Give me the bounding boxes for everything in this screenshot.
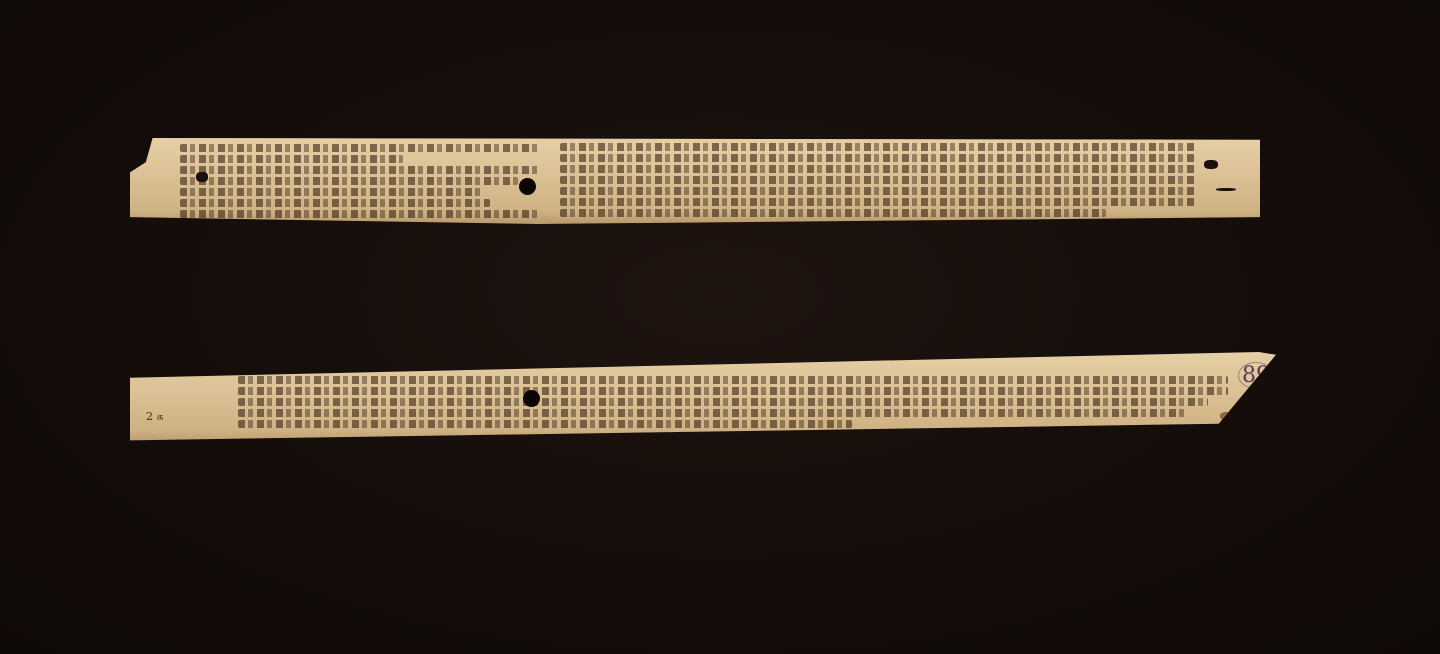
folio-number: 89 <box>1238 362 1274 389</box>
text-line <box>238 387 1228 395</box>
text-line <box>180 210 540 218</box>
text-line <box>238 398 1208 406</box>
text-line <box>180 177 518 185</box>
leaf-damage <box>1216 188 1236 191</box>
text-line <box>560 165 1195 173</box>
leaf-margin-label: 2 க <box>146 410 164 425</box>
palm-leaf-bottom: Lower palm leaf, five lines of text arou… <box>130 352 1276 444</box>
text-block-right <box>560 143 1195 217</box>
text-line <box>560 176 1195 184</box>
text-block-left <box>180 144 540 218</box>
text-line <box>180 188 482 196</box>
text-block <box>238 376 1228 428</box>
leaf-description: Lower palm leaf, five lines of text arou… <box>130 352 131 353</box>
text-line <box>180 155 403 163</box>
text-line <box>560 198 1195 206</box>
string-hole <box>523 390 540 407</box>
string-hole <box>519 178 536 195</box>
palm-leaf-top: Upper palm leaf, two text columns separa… <box>130 138 1260 224</box>
text-line <box>560 154 1195 162</box>
leaf-description: Upper palm leaf, two text columns separa… <box>130 138 131 139</box>
text-line <box>560 209 1106 217</box>
text-line <box>560 187 1195 195</box>
text-line <box>238 376 1228 384</box>
image-subject: Two palm-leaf manuscript folios on a dar… <box>0 0 1 1</box>
text-line <box>180 166 540 174</box>
text-line <box>238 409 1188 417</box>
leaf-damage <box>1204 160 1218 169</box>
text-line <box>238 420 852 428</box>
leaf-damage <box>196 172 208 182</box>
text-line <box>180 199 490 207</box>
leaf-damage <box>1220 412 1234 420</box>
text-line <box>560 143 1195 151</box>
text-line <box>180 144 540 152</box>
